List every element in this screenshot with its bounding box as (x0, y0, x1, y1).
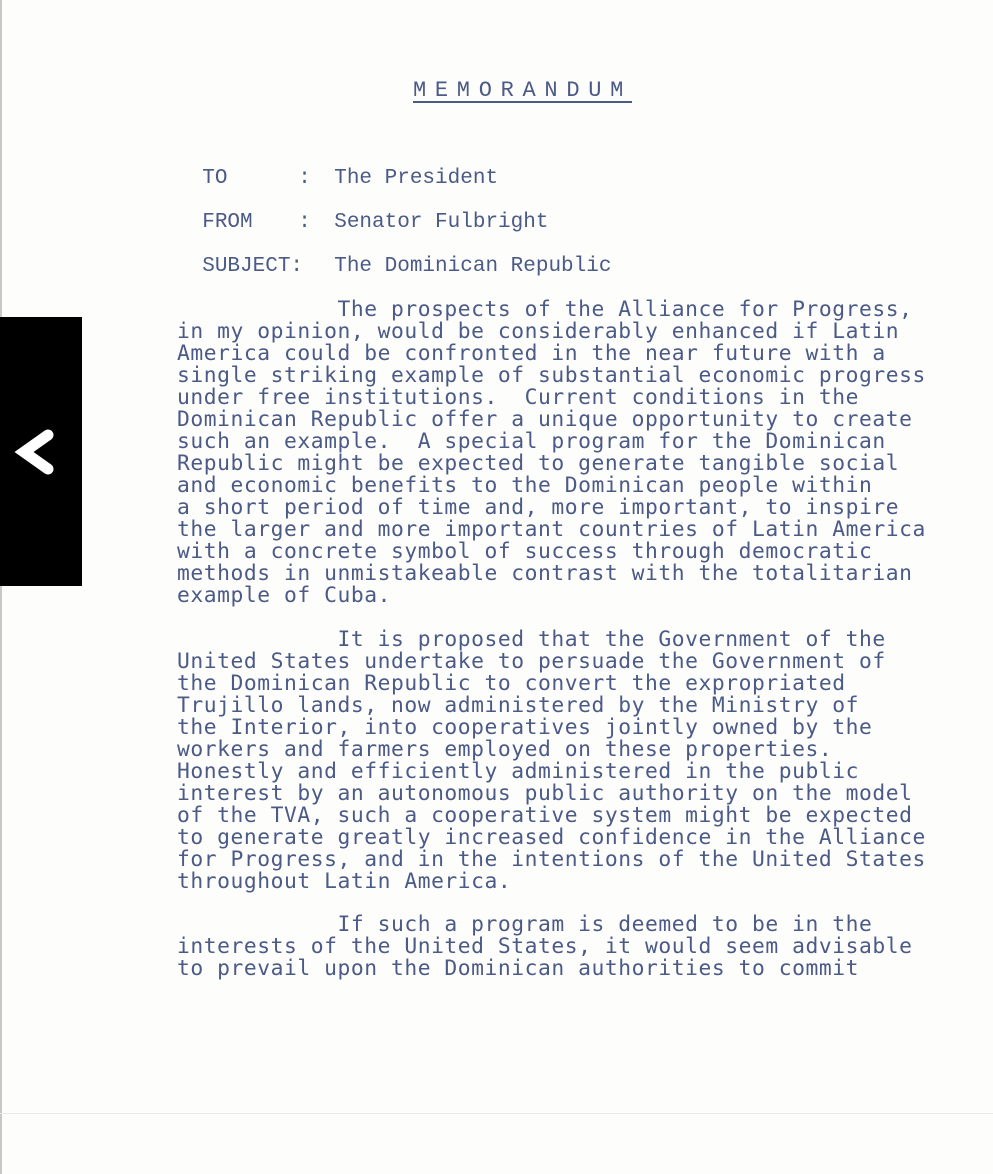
page-fold-line (0, 1113, 993, 1114)
header-subject: SUBJECT:The Dominican Republic (177, 232, 611, 278)
header-to: TO:The President (177, 144, 498, 190)
previous-page-button[interactable] (0, 317, 82, 586)
header-value: Senator Fulbright (334, 211, 548, 234)
header-value: The Dominican Republic (334, 255, 611, 278)
chevron-left-icon (12, 427, 62, 477)
paragraph-1: The prospects of the Alliance for Progre… (177, 299, 937, 607)
header-value: The President (334, 167, 498, 190)
header-from: FROM:Senator Fulbright (177, 188, 548, 234)
header-label: SUBJECT: (202, 255, 334, 278)
memo-title: MEMORANDUM (413, 78, 632, 103)
header-label: FROM (202, 211, 298, 234)
header-label: TO (202, 167, 298, 190)
paragraph-2: It is proposed that the Government of th… (177, 629, 937, 893)
page-left-edge (0, 0, 2, 1174)
paragraph-3: If such a program is deemed to be in the… (177, 914, 937, 980)
header-colon: : (298, 211, 334, 234)
header-colon: : (298, 167, 334, 190)
